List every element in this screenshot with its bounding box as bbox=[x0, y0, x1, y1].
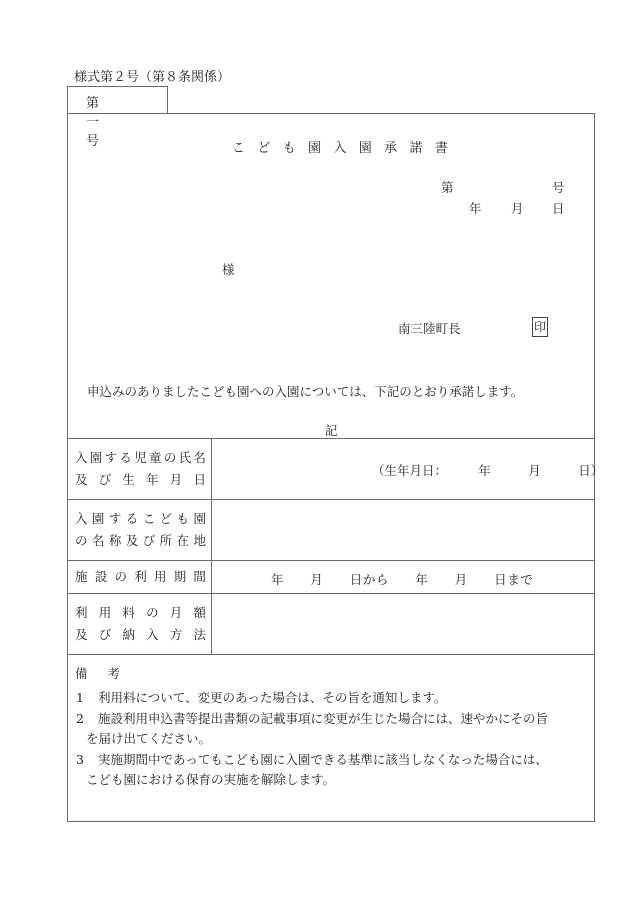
intro-text: 申込みのありましたこども園への入園については、下記のとおり承諾します。 bbox=[87, 382, 523, 400]
remark-item: 3 実施期間中であってもこども園に入園できる基準に該当しなくなった場合には、 こ… bbox=[74, 750, 589, 791]
row-label-usage-period: 施設の利用期間 bbox=[75, 566, 206, 588]
remark-item: 2 施設利用申込書等提出書類の記載事項に変更が生じた場合には、速やかにその旨 を… bbox=[74, 709, 589, 750]
row-divider bbox=[67, 499, 595, 500]
monthly-fee-field[interactable] bbox=[220, 614, 585, 634]
row-label-child-name: 入園する児童の氏名 及び生年月日 bbox=[75, 447, 206, 491]
birthdate-field[interactable]: （生年月日： 年 月 日） bbox=[372, 461, 603, 479]
addressee-suffix: 様 bbox=[222, 260, 235, 278]
row-label-monthly-fee: 利用料の月額 及び納入方法 bbox=[75, 602, 206, 646]
number-box: 第 一 号 bbox=[67, 86, 168, 113]
issuer-name: 南三陸町長 bbox=[398, 319, 461, 337]
doc-number-suffix: 号 bbox=[552, 178, 565, 196]
row-divider bbox=[67, 654, 595, 655]
date-year: 年 bbox=[469, 199, 482, 217]
date-month: 月 bbox=[511, 199, 524, 217]
row-label-facility-name: 入園するこども園 の名称及び所在地 bbox=[75, 508, 206, 552]
ki-heading: 記 bbox=[325, 421, 338, 439]
table-top-line bbox=[67, 438, 595, 439]
remarks-list: 1 利用料について、変更のあった場合は、その旨を通知します。 2 施設利用申込書… bbox=[74, 688, 589, 791]
doc-number-prefix: 第 bbox=[441, 178, 454, 196]
facility-name-field[interactable] bbox=[220, 520, 585, 540]
date-day: 日 bbox=[552, 199, 565, 217]
document-title: こども園入園承諾書 bbox=[232, 137, 460, 156]
column-divider bbox=[211, 438, 212, 655]
seal-stamp: 印 bbox=[532, 317, 548, 337]
form-label: 様式第２号（第８条関係） bbox=[74, 66, 230, 85]
row-divider bbox=[67, 560, 595, 561]
remarks-heading: 備 考 bbox=[75, 664, 124, 682]
remark-item: 1 利用料について、変更のあった場合は、その旨を通知します。 bbox=[74, 688, 589, 709]
usage-period-field[interactable]: 年 月 日から 年 月 日まで bbox=[271, 570, 534, 588]
row-divider bbox=[67, 593, 595, 594]
